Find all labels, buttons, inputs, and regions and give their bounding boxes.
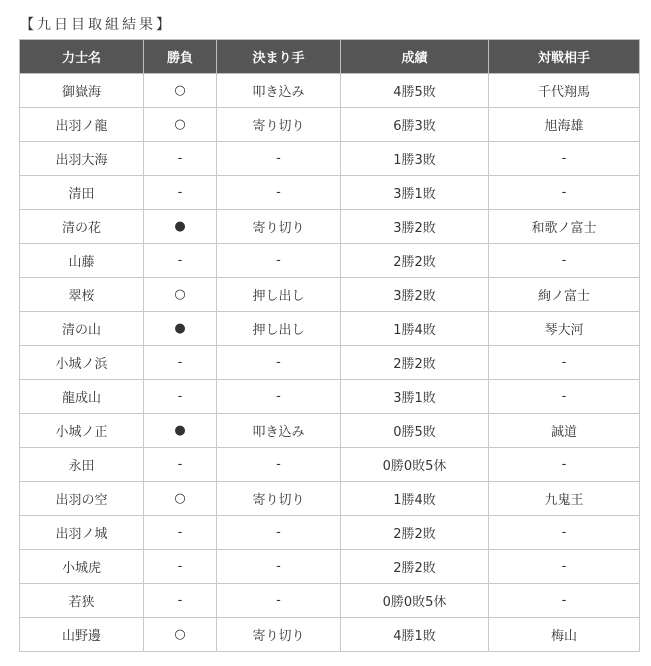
table-row: 龍成山--3勝1敗- — [20, 380, 640, 414]
opponent-cell: - — [489, 380, 640, 414]
record-cell: 1勝3敗 — [341, 142, 489, 176]
opponent-cell: 琴大河 — [489, 312, 640, 346]
header-rikishi-name: 力士名 — [20, 40, 144, 74]
record-cell: 1勝4敗 — [341, 482, 489, 516]
result-cell: - — [144, 550, 217, 584]
result-cell: ● — [144, 414, 217, 448]
result-cell: - — [144, 142, 217, 176]
table-row: 若狭--0勝0敗5休- — [20, 584, 640, 618]
table-row: 出羽ノ城--2勝2敗- — [20, 516, 640, 550]
kimarite-cell: - — [217, 550, 341, 584]
opponent-cell: - — [489, 584, 640, 618]
rikishi-name-cell: 小城ノ浜 — [20, 346, 144, 380]
record-cell: 3勝2敗 — [341, 278, 489, 312]
header-kimarite: 決まり手 — [217, 40, 341, 74]
opponent-cell: - — [489, 176, 640, 210]
record-cell: 0勝5敗 — [341, 414, 489, 448]
kimarite-cell: 押し出し — [217, 278, 341, 312]
rikishi-name-cell: 山野邊 — [20, 618, 144, 652]
table-row: 小城虎--2勝2敗- — [20, 550, 640, 584]
header-record: 成績 — [341, 40, 489, 74]
opponent-cell: - — [489, 244, 640, 278]
kimarite-cell: - — [217, 380, 341, 414]
kimarite-cell: - — [217, 448, 341, 482]
table-row: 小城ノ正●叩き込み0勝5敗誠道 — [20, 414, 640, 448]
opponent-cell: 梅山 — [489, 618, 640, 652]
table-row: 出羽大海--1勝3敗- — [20, 142, 640, 176]
kimarite-cell: 寄り切り — [217, 210, 341, 244]
record-cell: 3勝1敗 — [341, 380, 489, 414]
result-cell: ● — [144, 312, 217, 346]
result-cell: ○ — [144, 108, 217, 142]
result-cell: - — [144, 584, 217, 618]
opponent-cell: 和歌ノ富士 — [489, 210, 640, 244]
rikishi-name-cell: 若狭 — [20, 584, 144, 618]
results-table: 力士名 勝負 決まり手 成績 対戦相手 御嶽海○叩き込み4勝5敗千代翔馬出羽ノ龍… — [19, 39, 640, 652]
kimarite-cell: - — [217, 516, 341, 550]
result-cell: - — [144, 516, 217, 550]
header-result: 勝負 — [144, 40, 217, 74]
rikishi-name-cell: 翠桜 — [20, 278, 144, 312]
result-cell: ○ — [144, 278, 217, 312]
table-row: 出羽ノ龍○寄り切り6勝3敗旭海雄 — [20, 108, 640, 142]
table-row: 清の山●押し出し1勝4敗琴大河 — [20, 312, 640, 346]
kimarite-cell: - — [217, 142, 341, 176]
opponent-cell: 九鬼王 — [489, 482, 640, 516]
record-cell: 2勝2敗 — [341, 550, 489, 584]
record-cell: 3勝2敗 — [341, 210, 489, 244]
record-cell: 4勝1敗 — [341, 618, 489, 652]
opponent-cell: - — [489, 142, 640, 176]
record-cell: 0勝0敗5休 — [341, 584, 489, 618]
opponent-cell: 千代翔馬 — [489, 74, 640, 108]
result-cell: ○ — [144, 74, 217, 108]
rikishi-name-cell: 清の山 — [20, 312, 144, 346]
result-cell: - — [144, 380, 217, 414]
table-row: 山野邊○寄り切り4勝1敗梅山 — [20, 618, 640, 652]
result-cell: ○ — [144, 482, 217, 516]
result-cell: - — [144, 176, 217, 210]
opponent-cell: 旭海雄 — [489, 108, 640, 142]
opponent-cell: - — [489, 516, 640, 550]
kimarite-cell: - — [217, 584, 341, 618]
header-opponent: 対戦相手 — [489, 40, 640, 74]
rikishi-name-cell: 永田 — [20, 448, 144, 482]
rikishi-name-cell: 出羽大海 — [20, 142, 144, 176]
kimarite-cell: - — [217, 176, 341, 210]
table-row: 清の花●寄り切り3勝2敗和歌ノ富士 — [20, 210, 640, 244]
result-cell: ● — [144, 210, 217, 244]
opponent-cell: 絢ノ富士 — [489, 278, 640, 312]
table-row: 出羽の空○寄り切り1勝4敗九鬼王 — [20, 482, 640, 516]
opponent-cell: - — [489, 550, 640, 584]
rikishi-name-cell: 清の花 — [20, 210, 144, 244]
kimarite-cell: 叩き込み — [217, 414, 341, 448]
table-row: 御嶽海○叩き込み4勝5敗千代翔馬 — [20, 74, 640, 108]
rikishi-name-cell: 御嶽海 — [20, 74, 144, 108]
kimarite-cell: - — [217, 244, 341, 278]
kimarite-cell: 寄り切り — [217, 482, 341, 516]
record-cell: 2勝2敗 — [341, 244, 489, 278]
rikishi-name-cell: 出羽ノ城 — [20, 516, 144, 550]
opponent-cell: - — [489, 346, 640, 380]
table-row: 清田--3勝1敗- — [20, 176, 640, 210]
rikishi-name-cell: 小城虎 — [20, 550, 144, 584]
kimarite-cell: 叩き込み — [217, 74, 341, 108]
result-cell: ○ — [144, 618, 217, 652]
kimarite-cell: 寄り切り — [217, 108, 341, 142]
record-cell: 3勝1敗 — [341, 176, 489, 210]
rikishi-name-cell: 出羽の空 — [20, 482, 144, 516]
record-cell: 4勝5敗 — [341, 74, 489, 108]
table-row: 永田--0勝0敗5休- — [20, 448, 640, 482]
rikishi-name-cell: 出羽ノ龍 — [20, 108, 144, 142]
kimarite-cell: 押し出し — [217, 312, 341, 346]
table-row: 小城ノ浜--2勝2敗- — [20, 346, 640, 380]
record-cell: 2勝2敗 — [341, 346, 489, 380]
opponent-cell: - — [489, 448, 640, 482]
opponent-cell: 誠道 — [489, 414, 640, 448]
rikishi-name-cell: 清田 — [20, 176, 144, 210]
record-cell: 0勝0敗5休 — [341, 448, 489, 482]
rikishi-name-cell: 山藤 — [20, 244, 144, 278]
result-cell: - — [144, 448, 217, 482]
result-cell: - — [144, 244, 217, 278]
table-caption: 【九日目取組結果】 — [20, 16, 173, 34]
record-cell: 1勝4敗 — [341, 312, 489, 346]
rikishi-name-cell: 龍成山 — [20, 380, 144, 414]
record-cell: 2勝2敗 — [341, 516, 489, 550]
table-row: 山藤--2勝2敗- — [20, 244, 640, 278]
record-cell: 6勝3敗 — [341, 108, 489, 142]
rikishi-name-cell: 小城ノ正 — [20, 414, 144, 448]
kimarite-cell: 寄り切り — [217, 618, 341, 652]
table-row: 翠桜○押し出し3勝2敗絢ノ富士 — [20, 278, 640, 312]
header-row: 力士名 勝負 決まり手 成績 対戦相手 — [20, 40, 640, 74]
kimarite-cell: - — [217, 346, 341, 380]
result-cell: - — [144, 346, 217, 380]
